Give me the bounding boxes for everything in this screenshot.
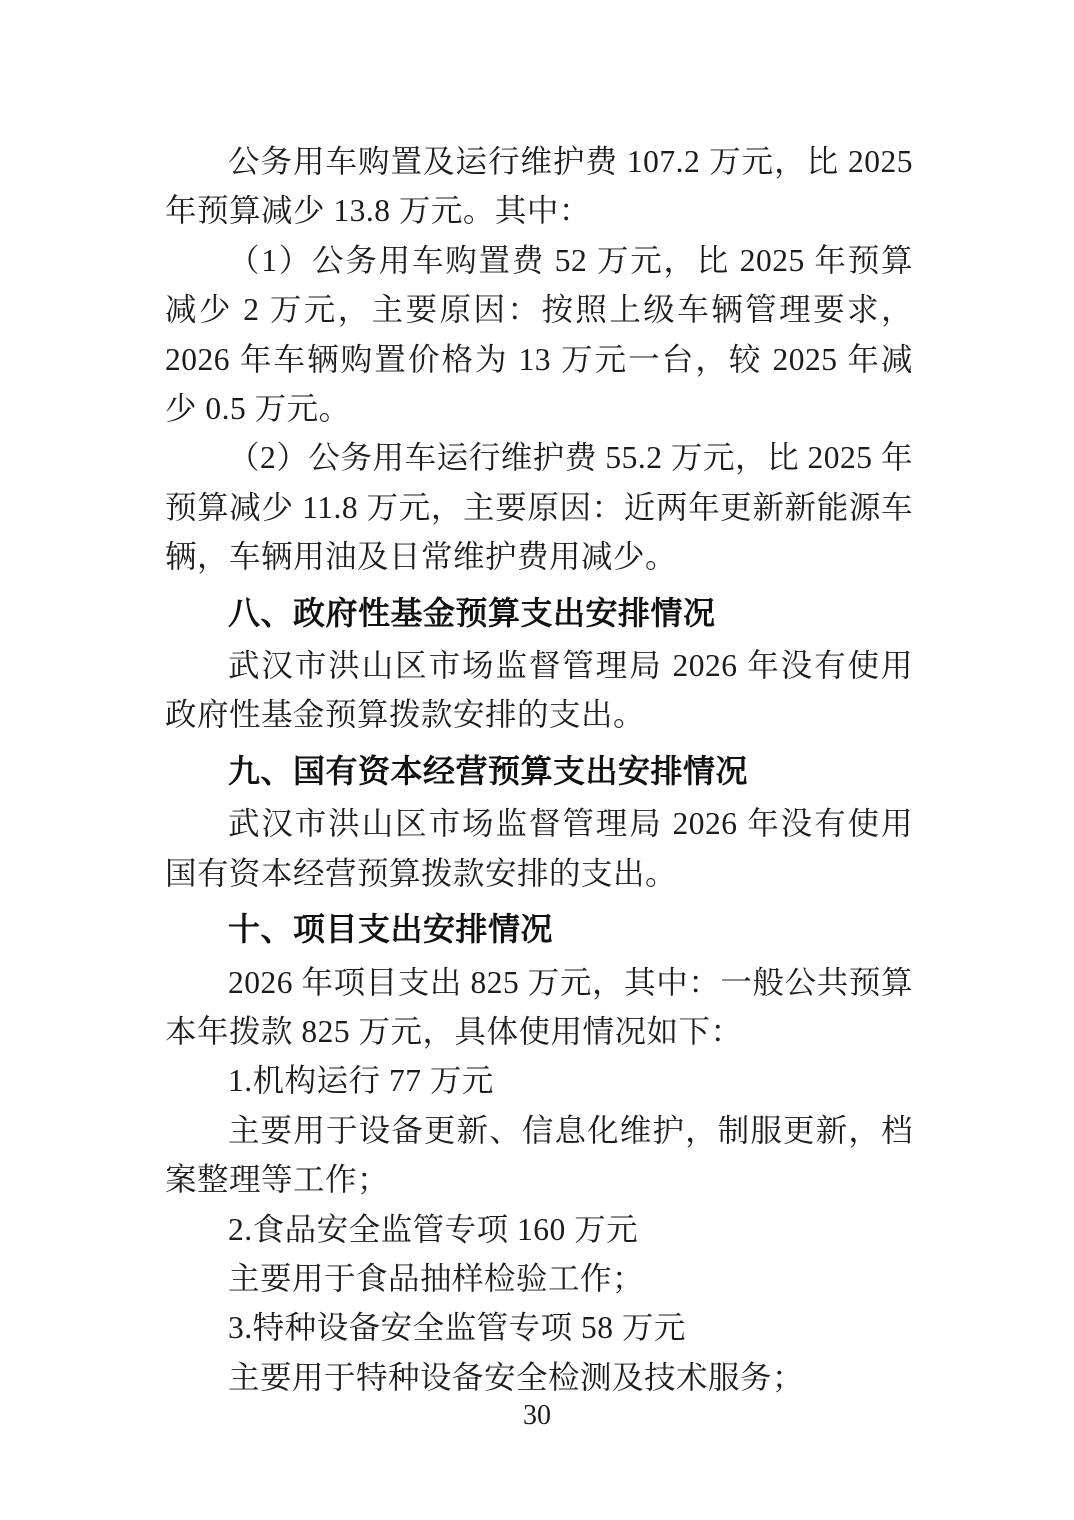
document-page: 公务用车购置及运行维护费 107.2 万元，比 2025 年预算减少 13.8 …	[0, 0, 1074, 1520]
body-paragraph: 武汉市洪山区市场监督管理局 2026 年没有使用政府性基金预算拨款安排的支出。	[165, 641, 913, 740]
page-number: 30	[0, 1400, 1074, 1432]
body-paragraph: 主要用于特种设备安全检测及技术服务；	[165, 1353, 913, 1402]
body-paragraph: 主要用于食品抽样检验工作；	[165, 1254, 913, 1303]
body-paragraph: 2026 年项目支出 825 万元，其中：一般公共预算本年拨款 825 万元，具…	[165, 958, 913, 1057]
body-paragraph: 3.特种设备安全监管专项 58 万元	[165, 1303, 913, 1352]
document-body: 公务用车购置及运行维护费 107.2 万元，比 2025 年预算减少 13.8 …	[165, 137, 913, 1402]
section-heading: 八、政府性基金预算支出安排情况	[165, 589, 913, 638]
body-paragraph: （1）公务用车购置费 52 万元，比 2025 年预算减少 2 万元，主要原因：…	[165, 236, 913, 434]
body-paragraph: 1.机构运行 77 万元	[165, 1056, 913, 1105]
body-paragraph: （2）公务用车运行维护费 55.2 万元，比 2025 年预算减少 11.8 万…	[165, 433, 913, 581]
body-paragraph: 主要用于设备更新、信息化维护，制服更新，档案整理等工作；	[165, 1106, 913, 1205]
section-heading: 九、国有资本经营预算支出安排情况	[165, 747, 913, 796]
body-paragraph: 武汉市洪山区市场监督管理局 2026 年没有使用国有资本经营预算拨款安排的支出。	[165, 799, 913, 898]
section-heading: 十、项目支出安排情况	[165, 905, 913, 954]
body-paragraph: 公务用车购置及运行维护费 107.2 万元，比 2025 年预算减少 13.8 …	[165, 137, 913, 236]
body-paragraph: 2.食品安全监管专项 160 万元	[165, 1205, 913, 1254]
